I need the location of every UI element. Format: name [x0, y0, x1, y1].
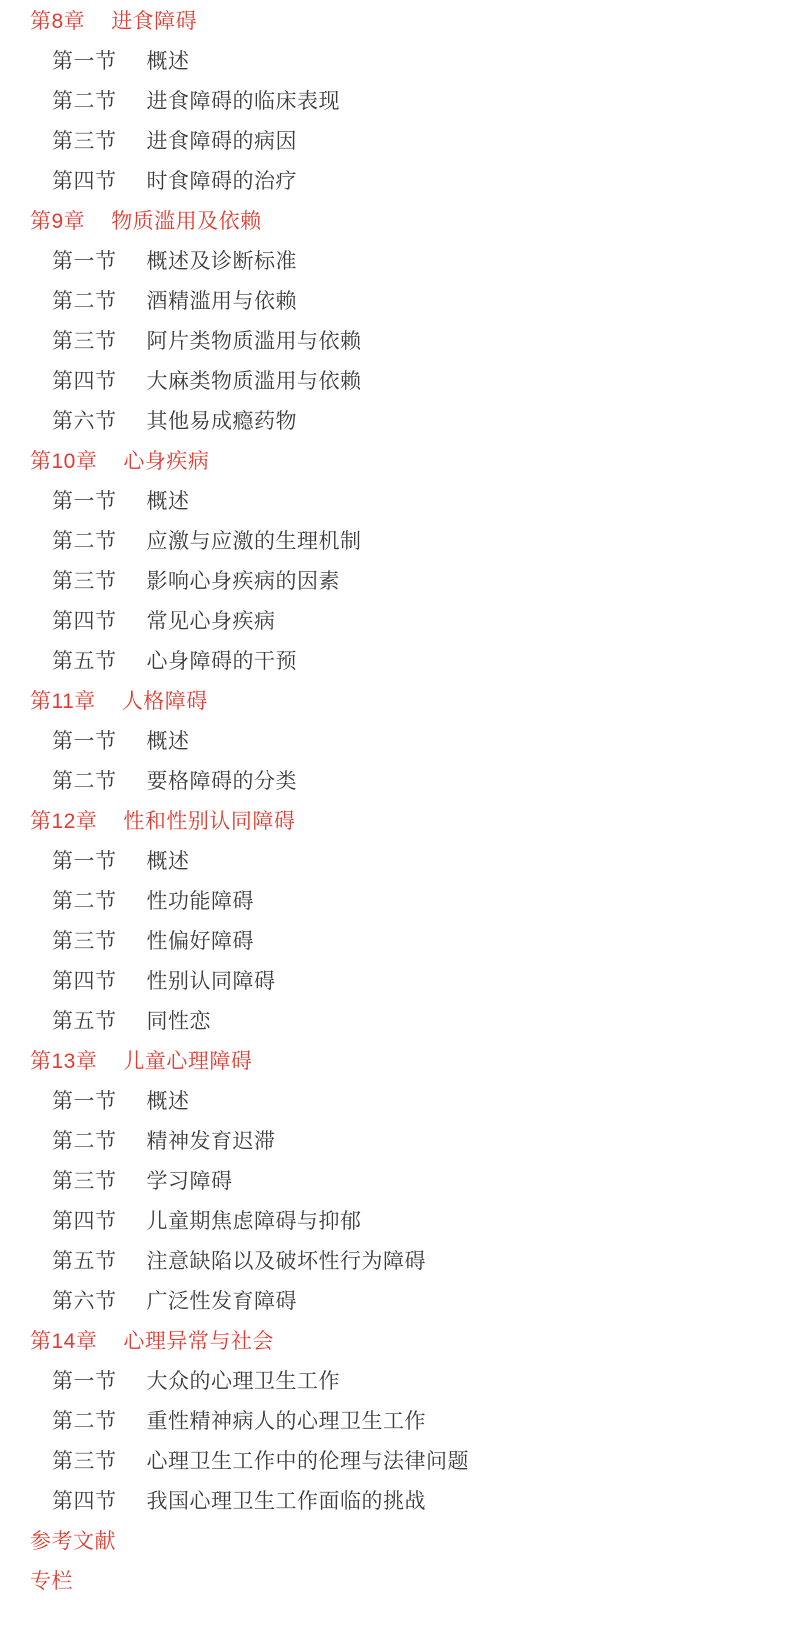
- toc-entry-title: 心理卫生工作中的伦理与法律问题: [147, 1445, 470, 1475]
- toc-section-row[interactable]: 第四节大麻类物质滥用与依赖: [0, 360, 790, 400]
- toc-section-row[interactable]: 第三节学习障碍: [0, 1160, 790, 1200]
- toc-entry-label: 第一节: [52, 1365, 117, 1395]
- toc-section-row[interactable]: 第二节性功能障碍: [0, 880, 790, 920]
- toc-entry-title: 影响心身疾病的因素: [147, 565, 341, 595]
- toc-entry-label: 第六节: [52, 1285, 117, 1315]
- toc-section-row[interactable]: 第二节精神发育迟滞: [0, 1120, 790, 1160]
- toc-entry-title: 进食障碍的病因: [147, 125, 298, 155]
- toc-section-row[interactable]: 第一节大众的心理卫生工作: [0, 1360, 790, 1400]
- toc-section-row[interactable]: 第一节概述: [0, 840, 790, 880]
- toc-entry-label: 第四节: [52, 605, 117, 635]
- toc-section-row[interactable]: 第三节影响心身疾病的因素: [0, 560, 790, 600]
- toc-entry-label: 第五节: [52, 1245, 117, 1275]
- toc-entry-label: 专栏: [30, 1565, 73, 1595]
- toc-entry-title: 我国心理卫生工作面临的挑战: [147, 1485, 427, 1515]
- toc-entry-label: 第四节: [52, 1485, 117, 1515]
- toc-entry-label: 第三节: [52, 1165, 117, 1195]
- toc-entry-title: 应激与应激的生理机制: [147, 525, 362, 555]
- toc-entry-label: 第五节: [52, 645, 117, 675]
- toc-entry-label: 第二节: [52, 1405, 117, 1435]
- toc-entry-label: 第二节: [52, 1125, 117, 1155]
- toc-entry-label: 第三节: [52, 1445, 117, 1475]
- toc-section-row[interactable]: 第四节时食障碍的治疗: [0, 160, 790, 200]
- toc-entry-label: 第四节: [52, 165, 117, 195]
- toc-entry-label: 第四节: [52, 965, 117, 995]
- toc-entry-label: 第10章: [30, 445, 97, 475]
- toc-entry-label: 第14章: [30, 1325, 97, 1355]
- toc-entry-label: 第六节: [52, 405, 117, 435]
- toc-entry-label: 第三节: [52, 565, 117, 595]
- toc-entry-title: 概述: [147, 725, 190, 755]
- toc-entry-label: 第二节: [52, 765, 117, 795]
- toc-entry-title: 重性精神病人的心理卫生工作: [147, 1405, 427, 1435]
- toc-chapter-row[interactable]: 专栏: [0, 1560, 790, 1600]
- toc-entry-label: 第一节: [52, 1085, 117, 1115]
- toc-entry-title: 性别认同障碍: [147, 965, 276, 995]
- toc-entry-title: 儿童心理障碍: [123, 1045, 252, 1075]
- toc-section-row[interactable]: 第四节常见心身疾病: [0, 600, 790, 640]
- toc-entry-title: 进食障碍: [111, 5, 197, 35]
- toc-entry-title: 概述: [147, 485, 190, 515]
- toc-section-row[interactable]: 第四节我国心理卫生工作面临的挑战: [0, 1480, 790, 1520]
- toc-entry-title: 酒精滥用与依赖: [147, 285, 298, 315]
- toc-entry-title: 概述: [147, 1085, 190, 1115]
- toc-chapter-row[interactable]: 参考文献: [0, 1520, 790, 1560]
- toc-section-row[interactable]: 第六节其他易成瘾药物: [0, 400, 790, 440]
- toc-entry-title: 注意缺陷以及破坏性行为障碍: [147, 1245, 427, 1275]
- toc-entry-label: 第9章: [30, 205, 85, 235]
- toc-entry-title: 大众的心理卫生工作: [147, 1365, 341, 1395]
- toc-entry-label: 第四节: [52, 365, 117, 395]
- toc-entry-label: 第13章: [30, 1045, 97, 1075]
- toc-entry-label: 第二节: [52, 85, 117, 115]
- toc-chapter-row[interactable]: 第11章人格障碍: [0, 680, 790, 720]
- toc-chapter-row[interactable]: 第8章进食障碍: [0, 0, 790, 40]
- toc-chapter-row[interactable]: 第13章儿童心理障碍: [0, 1040, 790, 1080]
- toc-section-row[interactable]: 第一节概述: [0, 720, 790, 760]
- toc-section-row[interactable]: 第二节酒精滥用与依赖: [0, 280, 790, 320]
- toc-section-row[interactable]: 第二节重性精神病人的心理卫生工作: [0, 1400, 790, 1440]
- toc-section-row[interactable]: 第五节心身障碍的干预: [0, 640, 790, 680]
- toc-entry-title: 阿片类物质滥用与依赖: [147, 325, 362, 355]
- toc-chapter-row[interactable]: 第12章性和性别认同障碍: [0, 800, 790, 840]
- toc-section-row[interactable]: 第一节概述: [0, 1080, 790, 1120]
- toc-entry-title: 常见心身疾病: [147, 605, 276, 635]
- toc-entry-title: 概述: [147, 845, 190, 875]
- toc-entry-label: 第三节: [52, 925, 117, 955]
- toc-section-row[interactable]: 第五节同性恋: [0, 1000, 790, 1040]
- toc-entry-title: 概述: [147, 45, 190, 75]
- toc-entry-label: 第二节: [52, 285, 117, 315]
- toc-entry-label: 第一节: [52, 45, 117, 75]
- toc-entry-title: 进食障碍的临床表现: [147, 85, 341, 115]
- toc-section-row[interactable]: 第二节应激与应激的生理机制: [0, 520, 790, 560]
- toc-entry-label: 第四节: [52, 1205, 117, 1235]
- toc-section-row[interactable]: 第三节进食障碍的病因: [0, 120, 790, 160]
- toc-section-row[interactable]: 第六节广泛性发育障碍: [0, 1280, 790, 1320]
- toc-entry-label: 第二节: [52, 885, 117, 915]
- toc-chapter-row[interactable]: 第14章心理异常与社会: [0, 1320, 790, 1360]
- toc-entry-title: 学习障碍: [147, 1165, 233, 1195]
- toc-entry-label: 第8章: [30, 5, 85, 35]
- toc-entry-title: 其他易成瘾药物: [147, 405, 298, 435]
- toc-chapter-row[interactable]: 第9章物质滥用及依赖: [0, 200, 790, 240]
- toc-section-row[interactable]: 第三节心理卫生工作中的伦理与法律问题: [0, 1440, 790, 1480]
- toc-entry-label: 第一节: [52, 725, 117, 755]
- toc-section-row[interactable]: 第五节注意缺陷以及破坏性行为障碍: [0, 1240, 790, 1280]
- toc-entry-title: 广泛性发育障碍: [147, 1285, 298, 1315]
- toc-entry-label: 参考文献: [30, 1525, 116, 1555]
- toc-section-row[interactable]: 第一节概述: [0, 40, 790, 80]
- toc-entry-title: 性功能障碍: [147, 885, 255, 915]
- toc-entry-label: 第三节: [52, 325, 117, 355]
- toc-entry-title: 儿童期焦虑障碍与抑郁: [147, 1205, 362, 1235]
- toc-entry-title: 性和性别认同障碍: [123, 805, 295, 835]
- toc-section-row[interactable]: 第四节儿童期焦虑障碍与抑郁: [0, 1200, 790, 1240]
- toc-entry-title: 精神发育迟滞: [147, 1125, 276, 1155]
- toc-list: 第8章进食障碍第一节概述第二节进食障碍的临床表现第三节进食障碍的病因第四节时食障…: [0, 0, 790, 1600]
- toc-entry-title: 概述及诊断标准: [147, 245, 298, 275]
- toc-entry-title: 大麻类物质滥用与依赖: [147, 365, 362, 395]
- toc-entry-label: 第一节: [52, 845, 117, 875]
- toc-section-row[interactable]: 第二节要格障碍的分类: [0, 760, 790, 800]
- toc-entry-title: 心身障碍的干预: [147, 645, 298, 675]
- toc-section-row[interactable]: 第三节阿片类物质滥用与依赖: [0, 320, 790, 360]
- toc-entry-title: 心理异常与社会: [123, 1325, 274, 1355]
- toc-section-row[interactable]: 第二节进食障碍的临床表现: [0, 80, 790, 120]
- toc-section-row[interactable]: 第四节性别认同障碍: [0, 960, 790, 1000]
- toc-section-row[interactable]: 第一节概述: [0, 480, 790, 520]
- toc-section-row[interactable]: 第三节性偏好障碍: [0, 920, 790, 960]
- toc-entry-title: 同性恋: [147, 1005, 212, 1035]
- toc-entry-label: 第五节: [52, 1005, 117, 1035]
- toc-entry-title: 性偏好障碍: [147, 925, 255, 955]
- toc-entry-title: 心身疾病: [123, 445, 209, 475]
- toc-entry-label: 第12章: [30, 805, 97, 835]
- toc-entry-title: 要格障碍的分类: [147, 765, 298, 795]
- toc-entry-label: 第一节: [52, 245, 117, 275]
- toc-entry-label: 第一节: [52, 485, 117, 515]
- toc-chapter-row[interactable]: 第10章心身疾病: [0, 440, 790, 480]
- toc-entry-title: 人格障碍: [122, 685, 208, 715]
- toc-entry-label: 第11章: [30, 685, 96, 715]
- toc-entry-title: 物质滥用及依赖: [111, 205, 262, 235]
- toc-section-row[interactable]: 第一节概述及诊断标准: [0, 240, 790, 280]
- toc-entry-label: 第二节: [52, 525, 117, 555]
- toc-entry-label: 第三节: [52, 125, 117, 155]
- toc-entry-title: 时食障碍的治疗: [147, 165, 298, 195]
